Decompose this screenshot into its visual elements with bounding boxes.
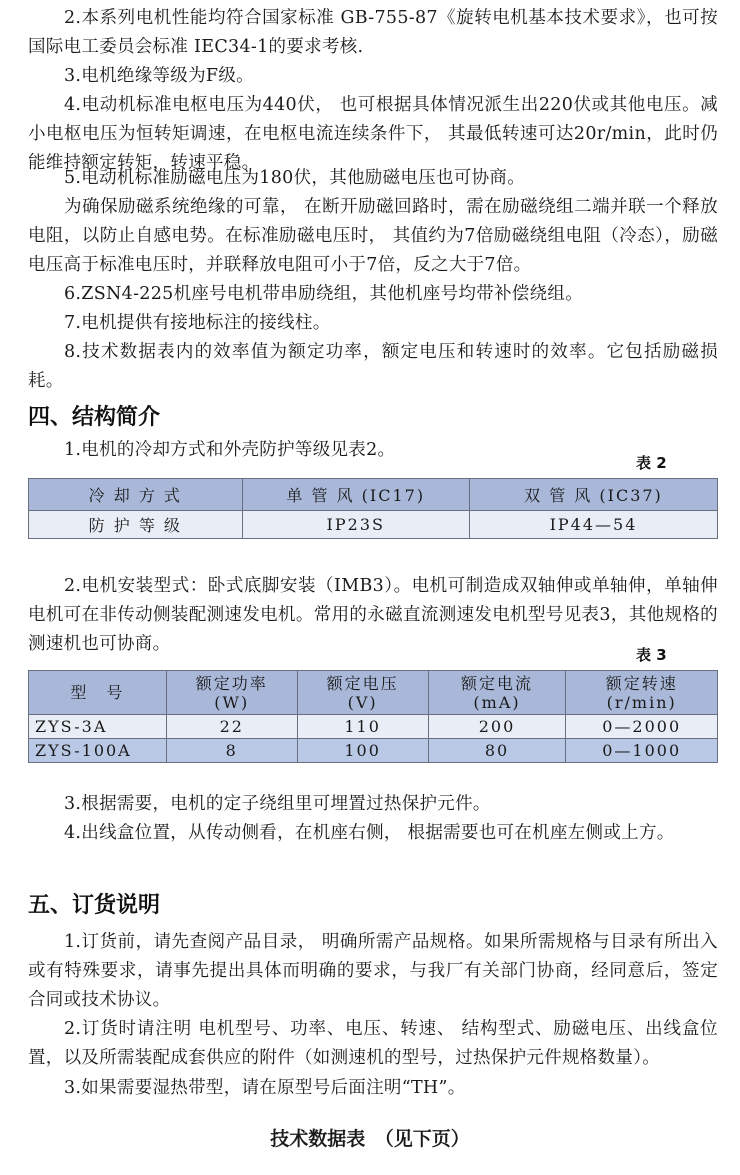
section-4-p1: 1.电机的冷却方式和外壳防护等级见表2。 bbox=[28, 436, 718, 465]
table-cell: 8 bbox=[166, 739, 297, 763]
section-5-p3: 3.如果需要湿热带型，请在原型号后面注明“TH”。 bbox=[28, 1074, 718, 1103]
table-cell: 冷 却 方 式 bbox=[29, 479, 243, 511]
table-header-cell: 型 号 bbox=[29, 671, 167, 715]
footer-note: 技术数据表 （见下页） bbox=[0, 1124, 740, 1151]
section-4-p3: 3.根据需要，电机的定子绕组里可埋置过热保护元件。 bbox=[28, 790, 718, 819]
paragraph-2: 2.本系列电机性能均符合国家标准 GB-755-87《旋转电机基本技术要求》，也… bbox=[28, 4, 718, 62]
table-cell: ZYS-100A bbox=[29, 739, 167, 763]
section-4-p2: 2.电机安装型式：卧式底脚安装（IMB3）。电机可制造成双轴伸或单轴伸，单轴伸电… bbox=[28, 572, 718, 659]
paragraph-5: 5.电动机标准励磁电压为180伏，其他励磁电压也可协商。 bbox=[28, 164, 718, 193]
table-cell: 防 护 等 级 bbox=[29, 511, 243, 539]
table-cell: 双 管 风 (IC37) bbox=[469, 479, 717, 511]
section-5-title: 五、订货说明 bbox=[28, 888, 160, 919]
table-header-cell: 额定功率(W) bbox=[166, 671, 297, 715]
table-cell: 22 bbox=[166, 715, 297, 739]
paragraph-7: 7.电机提供有接地标注的接线柱。 bbox=[28, 309, 718, 338]
table-cell: 100 bbox=[297, 739, 428, 763]
table-3: 型 号 额定功率(W) 额定电压(V) 额定电流(mA) 额定转速(r/min)… bbox=[28, 670, 718, 763]
table-3-caption: 表 3 bbox=[636, 644, 667, 665]
table-cell: 110 bbox=[297, 715, 428, 739]
table-2-caption: 表 2 bbox=[636, 452, 667, 473]
table-cell: 0—2000 bbox=[566, 715, 718, 739]
section-4-p4: 4.出线盒位置，从传动侧看，在机座右侧， 根据需要也可在机座左侧或上方。 bbox=[28, 819, 718, 848]
table-header-cell: 额定转速(r/min) bbox=[566, 671, 718, 715]
table-header-cell: 额定电压(V) bbox=[297, 671, 428, 715]
table-header-row: 型 号 额定功率(W) 额定电压(V) 额定电流(mA) 额定转速(r/min) bbox=[29, 671, 718, 715]
table-row: ZYS-3A 22 110 200 0—2000 bbox=[29, 715, 718, 739]
section-5-p1: 1.订货前，请先查阅产品目录， 明确所需产品规格。如果所需规格与目录有所出入或有… bbox=[28, 928, 718, 1015]
table-cell: IP44—54 bbox=[469, 511, 717, 539]
paragraph-5b: 为确保励磁系统绝缘的可靠， 在断开励磁回路时，需在励磁绕组二端并联一个释放电阻，… bbox=[28, 193, 718, 280]
table-header-cell: 额定电流(mA) bbox=[428, 671, 566, 715]
section-4-title: 四、结构简介 bbox=[28, 400, 160, 431]
table-cell: 单 管 风 (IC17) bbox=[242, 479, 469, 511]
table-cell: ZYS-3A bbox=[29, 715, 167, 739]
table-cell: 80 bbox=[428, 739, 566, 763]
table-row: 冷 却 方 式 单 管 风 (IC17) 双 管 风 (IC37) bbox=[29, 479, 718, 511]
paragraph-6: 6.ZSN4-225机座号电机带串励绕组，其他机座号均带补偿绕组。 bbox=[28, 280, 718, 309]
table-row: ZYS-100A 8 100 80 0—1000 bbox=[29, 739, 718, 763]
paragraph-8: 8.技术数据表内的效率值为额定功率，额定电压和转速时的效率。它包括励磁损耗。 bbox=[28, 338, 718, 396]
table-cell: IP23S bbox=[242, 511, 469, 539]
table-cell: 0—1000 bbox=[566, 739, 718, 763]
section-5-p2: 2.订货时请注明 电机型号、功率、电压、转速、 结构型式、励磁电压、出线盒位置，… bbox=[28, 1015, 718, 1073]
paragraph-3: 3.电机绝缘等级为F级。 bbox=[28, 62, 718, 91]
table-cell: 200 bbox=[428, 715, 566, 739]
table-row: 防 护 等 级 IP23S IP44—54 bbox=[29, 511, 718, 539]
table-2: 冷 却 方 式 单 管 风 (IC17) 双 管 风 (IC37) 防 护 等 … bbox=[28, 478, 718, 539]
